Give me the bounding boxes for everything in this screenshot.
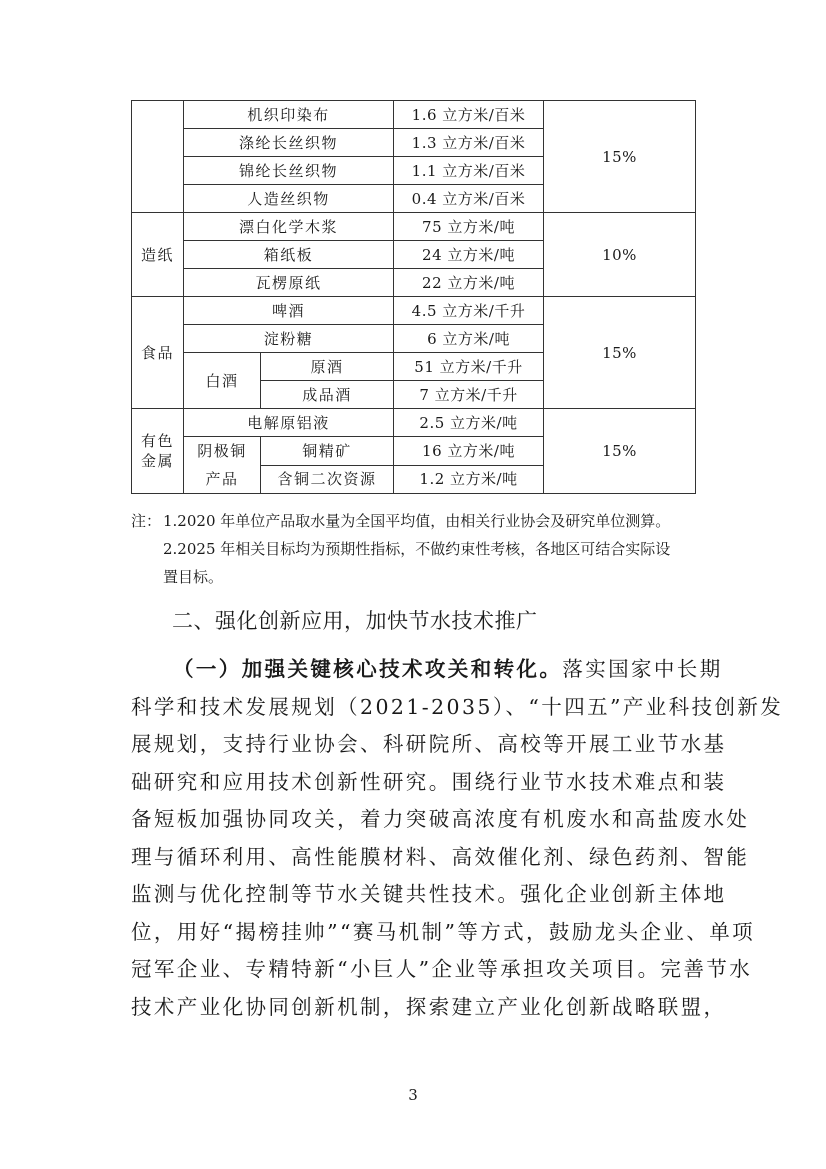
subheading: （一）加强关键核心技术攻关和转化。 — [173, 657, 562, 681]
product-cell: 涤纶长丝织物 — [184, 129, 394, 157]
body-line: 理与循环利用、高性能膜材料、高效催化剂、绿色药剂、智能 — [131, 839, 697, 877]
body-line: 备短板加强协同攻关，着力突破高浓度有机废水和高盐废水处 — [131, 801, 697, 839]
section-body: （一）加强关键核心技术攻关和转化。落实国家中长期 科学和技术发展规划（2021-… — [131, 651, 697, 1026]
water-intake-cell: 4.5 立方米/千升 — [394, 297, 544, 325]
note-text-line: 2.2025 年相关目标均为预期性指标，不做约束性考核，各地区可结合实际设 — [163, 540, 670, 558]
product-cell: 漂白化学木浆 — [184, 213, 394, 241]
product-cell: 铜精矿 — [261, 437, 394, 466]
body-line: 位，用好“揭榜挂帅”“赛马机制”等方式，鼓励龙头企业、单项 — [131, 914, 697, 952]
water-intake-cell: 7 立方米/千升 — [394, 381, 544, 409]
note-text-line: 置目标。 — [163, 568, 223, 586]
water-intake-cell: 0.4 立方米/百米 — [394, 185, 544, 213]
product-cell: 电解原铝液 — [184, 409, 394, 437]
product-cell: 瓦楞原纸 — [184, 269, 394, 297]
water-intake-cell: 75 立方米/吨 — [394, 213, 544, 241]
note-item: 注： 1.2020 年单位产品取水量为全国平均值，由相关行业协会及研究单位测算。 — [131, 507, 711, 535]
industry-cell: 食品 — [132, 297, 184, 409]
body-line: （一）加强关键核心技术攻关和转化。落实国家中长期 — [131, 651, 697, 689]
product-cell: 机织印染布 — [184, 101, 394, 129]
body-line: 展规划，支持行业协会、科研院所、高校等开展工业节水基 — [131, 726, 697, 764]
water-intake-cell: 16 立方米/吨 — [394, 437, 544, 466]
product-cell: 锦纶长丝织物 — [184, 157, 394, 185]
note-text: 1.2020 年单位产品取水量为全国平均值，由相关行业协会及研究单位测算。 — [163, 507, 711, 535]
body-line: 技术产业化协同创新机制，探索建立产业化创新战略联盟， — [131, 989, 697, 1027]
product-cell: 人造丝织物 — [184, 185, 394, 213]
note-text: 2.2025 年相关目标均为预期性指标，不做约束性考核，各地区可结合实际设 置目… — [163, 535, 711, 591]
table-notes: 注： 1.2020 年单位产品取水量为全国平均值，由相关行业协会及研究单位测算。… — [131, 507, 711, 591]
page-number: 3 — [0, 1086, 826, 1104]
reduction-target-cell: 15% — [544, 409, 696, 494]
reduction-target-cell: 10% — [544, 213, 696, 297]
water-intake-cell: 2.5 立方米/吨 — [394, 409, 544, 437]
water-target-table: 机织印染布 1.6 立方米/百米 15% 涤纶长丝织物 1.3 立方米/百米 锦… — [131, 100, 696, 494]
product-cell: 含铜二次资源 — [261, 465, 394, 494]
industry-cell: 造纸 — [132, 213, 184, 297]
body-line: 科学和技术发展规划（2021-2035）、“十四五”产业科技创新发 — [131, 689, 697, 727]
table-row: 造纸 漂白化学木浆 75 立方米/吨 10% — [132, 213, 696, 241]
water-intake-cell: 51 立方米/千升 — [394, 353, 544, 381]
water-intake-cell: 1.3 立方米/百米 — [394, 129, 544, 157]
table-row: 机织印染布 1.6 立方米/百米 15% — [132, 101, 696, 129]
table-row: 食品 啤酒 4.5 立方米/千升 15% — [132, 297, 696, 325]
water-intake-cell: 1.1 立方米/百米 — [394, 157, 544, 185]
reduction-target-cell: 15% — [544, 297, 696, 409]
product-group-cell: 阴极铜 产品 — [184, 437, 261, 494]
reduction-target-cell: 15% — [544, 101, 696, 213]
water-target-table-container: 机织印染布 1.6 立方米/百米 15% 涤纶长丝织物 1.3 立方米/百米 锦… — [131, 100, 695, 494]
product-cell: 原酒 — [261, 353, 394, 381]
product-cell: 淀粉糖 — [184, 325, 394, 353]
industry-cell: 有色 金属 — [132, 409, 184, 494]
industry-cell — [132, 101, 184, 213]
note-label: 注： — [131, 507, 163, 535]
product-group-line: 产品 — [205, 470, 238, 488]
product-cell: 成品酒 — [261, 381, 394, 409]
water-intake-cell: 24 立方米/吨 — [394, 241, 544, 269]
section-heading: 二、强化创新应用，加快节水技术推广 — [172, 605, 538, 635]
table-row: 有色 金属 电解原铝液 2.5 立方米/吨 15% — [132, 409, 696, 437]
product-cell: 啤酒 — [184, 297, 394, 325]
product-cell: 箱纸板 — [184, 241, 394, 269]
body-line: 冠军企业、专精特新“小巨人”企业等承担攻关项目。完善节水 — [131, 951, 697, 989]
water-intake-cell: 6 立方米/吨 — [394, 325, 544, 353]
industry-label-line: 金属 — [141, 452, 174, 470]
industry-label-line: 有色 — [141, 432, 174, 450]
product-group-cell: 白酒 — [184, 353, 261, 409]
body-line-text: 落实国家中长期 — [562, 657, 722, 681]
note-item: 2.2025 年相关目标均为预期性指标，不做约束性考核，各地区可结合实际设 置目… — [131, 535, 711, 591]
water-intake-cell: 22 立方米/吨 — [394, 269, 544, 297]
body-line: 础研究和应用技术创新性研究。围绕行业节水技术难点和装 — [131, 764, 697, 802]
body-line: 监测与优化控制等节水关键共性技术。强化企业创新主体地 — [131, 876, 697, 914]
water-intake-cell: 1.2 立方米/吨 — [394, 465, 544, 494]
product-group-line: 阴极铜 — [197, 442, 247, 460]
water-intake-cell: 1.6 立方米/百米 — [394, 101, 544, 129]
